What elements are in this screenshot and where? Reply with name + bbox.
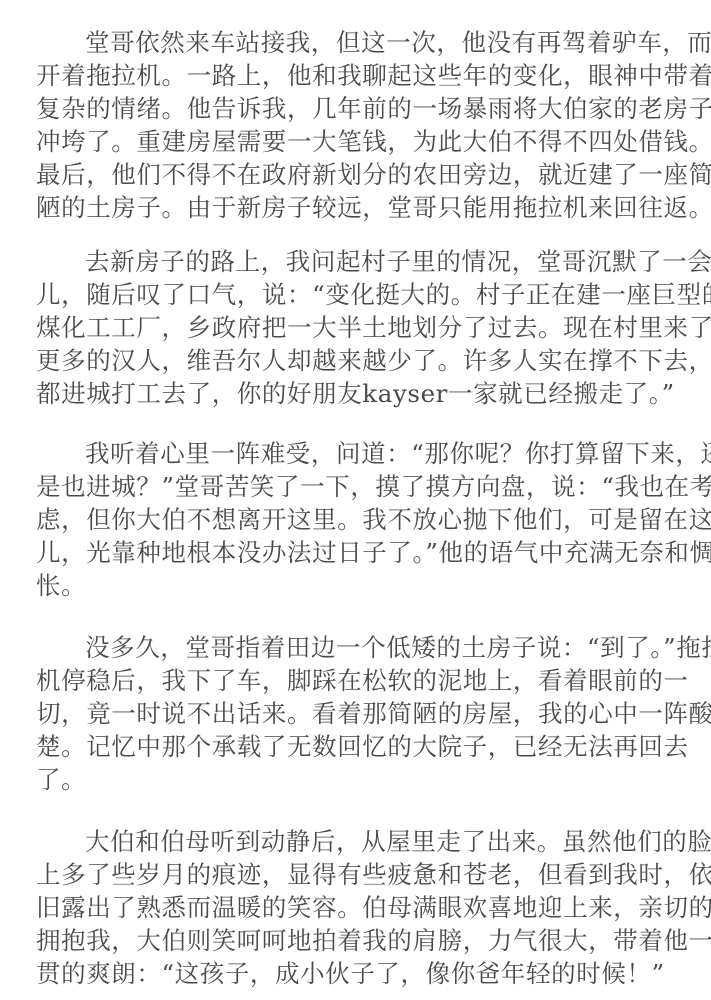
- text-line: 煤化工工厂，乡政府把一大半土地划分了过去。现在村里来了: [36, 311, 676, 344]
- text-line: 儿，随后叹了口气，说：“变化挺大的。村子正在建一座巨型的: [36, 278, 676, 311]
- paragraph-2: 去新房子的路上，我问起村子里的情况，堂哥沉默了一会 儿，随后叹了口气，说：“变化…: [36, 245, 676, 410]
- text-line: 复杂的情绪。他告诉我，几年前的一场暴雨将大伯家的老房子: [36, 92, 676, 125]
- text-line: 虑，但你大伯不想离开这里。我不放心抛下他们，可是留在这: [36, 503, 676, 536]
- paragraph-5: 大伯和伯母听到动静后，从屋里走了出来。虽然他们的脸 上多了些岁月的痕迹，显得有些…: [36, 825, 676, 990]
- text-line: 我听着心里一阵难受，问道：“那你呢？你打算留下来，还: [36, 437, 676, 470]
- text-line: 去新房子的路上，我问起村子里的情况，堂哥沉默了一会: [36, 245, 676, 278]
- text-line: 上多了些岁月的痕迹，显得有些疲惫和苍老，但看到我时，依: [36, 858, 676, 891]
- text-line: 机停稳后，我下了车，脚踩在松软的泥地上，看着眼前的一: [36, 664, 676, 697]
- text-line: 大伯和伯母听到动静后，从屋里走了出来。虽然他们的脸: [36, 825, 676, 858]
- paragraph-3: 我听着心里一阵难受，问道：“那你呢？你打算留下来，还 是也进城？”堂哥苦笑了一下…: [36, 437, 676, 602]
- text-line: 堂哥依然来车站接我，但这一次，他没有再驾着驴车，而是: [36, 26, 676, 59]
- text-line: 都进城打工去了，你的好朋友kayser一家就已经搬走了。”: [36, 377, 676, 410]
- paragraph-1: 堂哥依然来车站接我，但这一次，他没有再驾着驴车，而是 开着拖拉机。一路上，他和我…: [36, 26, 676, 224]
- text-line: 旧露出了熟悉而温暖的笑容。伯母满眼欢喜地迎上来，亲切的: [36, 891, 676, 924]
- paragraph-4: 没多久，堂哥指着田边一个低矮的土房子说：“到了。”拖拉 机停稳后，我下了车，脚踩…: [36, 631, 676, 796]
- text-line: 是也进城？”堂哥苦笑了一下，摸了摸方向盘，说：“我也在考: [36, 470, 676, 503]
- text-line: 怅。: [36, 569, 676, 602]
- text-line: 最后，他们不得不在政府新划分的农田旁边，就近建了一座简: [36, 158, 676, 191]
- text-line: 更多的汉人，维吾尔人却越来越少了。许多人实在撑不下去，: [36, 344, 676, 377]
- text-line: 切，竟一时说不出话来。看着那简陋的房屋，我的心中一阵酸: [36, 697, 676, 730]
- text-line: 拥抱我，大伯则笑呵呵地拍着我的肩膀，力气很大，带着他一: [36, 924, 676, 957]
- text-line: 陋的土房子。由于新房子较远，堂哥只能用拖拉机来回往返。: [36, 191, 676, 224]
- text-line: 楚。记忆中那个承载了无数回忆的大院子，已经无法再回去: [36, 730, 676, 763]
- text-line: 贯的爽朗：“这孩子，成小伙子了，像你爸年轻的时候！”: [36, 957, 676, 990]
- text-line: 没多久，堂哥指着田边一个低矮的土房子说：“到了。”拖拉: [36, 631, 676, 664]
- text-line: 冲垮了。重建房屋需要一大笔钱，为此大伯不得不四处借钱。: [36, 125, 676, 158]
- text-line: 儿，光靠种地根本没办法过日子了。”他的语气中充满无奈和惆: [36, 536, 676, 569]
- document-page: 堂哥依然来车站接我，但这一次，他没有再驾着驴车，而是 开着拖拉机。一路上，他和我…: [0, 0, 711, 1000]
- text-line: 了。: [36, 763, 676, 796]
- text-line: 开着拖拉机。一路上，他和我聊起这些年的变化，眼神中带着: [36, 59, 676, 92]
